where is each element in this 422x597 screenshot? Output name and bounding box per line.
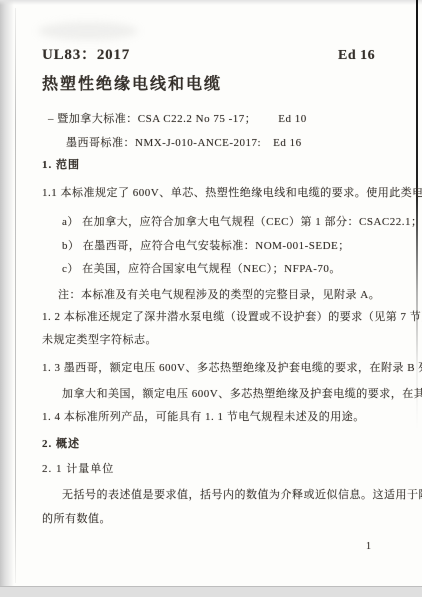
- list-item-b: b） 在墨西哥，应符合电气安装标准：NOM-001-SEDE；: [62, 239, 350, 253]
- section-2-1-heading: 2. 1 计量单位: [42, 462, 114, 476]
- scan-edge-left: [0, 0, 14, 597]
- scan-smudge: [38, 22, 138, 40]
- note-line: 注：本标准及有关电气规程涉及的类型的完整目录，见附录 A。: [58, 288, 380, 302]
- scan-edge-top: [0, 0, 422, 5]
- mexico-standard-text: 墨西哥标准：NMX-J-010-ANCE-2017:: [66, 137, 261, 149]
- section-2-heading: 2. 概述: [42, 437, 80, 451]
- paragraph-2-1-line-2: 的所有数值。: [42, 512, 111, 526]
- scanned-document-page: UL83：2017 Ed 16 热塑性绝缘电线和电缆 – 暨加拿大标准：CSA …: [0, 0, 422, 597]
- scan-edge-bottom: [0, 586, 422, 597]
- paragraph-1-1: 1.1 本标准规定了 600V、单芯、热塑性绝缘电线和电缆的要求。使用此类电线电…: [42, 186, 422, 200]
- edition-label: Ed 16: [338, 49, 375, 63]
- list-item-c: c） 在美国，应符合国家电气规程（NEC）；NFPA-70。: [62, 262, 341, 276]
- paragraph-1-2-line-1: 1. 2 本标准还规定了深井潜水泵电缆（设置或不设护套）的要求（见第 7 节）。…: [42, 310, 422, 324]
- canada-standard-line: – 暨加拿大标准：CSA C22.2 No 75 -17；Ed 10: [48, 112, 307, 126]
- standard-code: UL83：2017: [42, 48, 130, 62]
- mexico-standard-line: 墨西哥标准：NMX-J-010-ANCE-2017:Ed 16: [66, 136, 302, 150]
- canada-standard-text: – 暨加拿大标准：CSA C22.2 No 75 -17；: [48, 113, 256, 125]
- mexico-edition: Ed 16: [273, 137, 301, 149]
- paragraph-1-2-line-2: 未规定类型字符标志。: [42, 333, 157, 347]
- paragraph-2-1-line-1: 无括号的表述值是要求值，括号内的数值为介释或近似信息。这适用于除导体规格外: [62, 488, 422, 502]
- paragraph-1-3-line-1: 1. 3 墨西哥，额定电压 600V、多芯热塑绝缘及护套电缆的要求，在附录 B …: [42, 361, 422, 375]
- paragraph-1-4: 1. 4 本标准所列产品，可能具有 1. 1 节电气规程未述及的用途。: [42, 410, 365, 424]
- scan-crease-line: [15, 8, 16, 583]
- canada-edition: Ed 10: [278, 113, 306, 125]
- paragraph-1-3-line-2: 加拿大和美国，额定电压 600V、多芯热塑绝缘及护套电缆的要求，在其他标准列出。: [62, 387, 422, 401]
- page-number: 1: [366, 540, 372, 554]
- document-title: 热塑性绝缘电线和电缆: [42, 78, 222, 92]
- list-item-a: a） 在加拿大，应符合加拿大电气规程（CEC）第 1 部分：CSAC22.1；: [62, 215, 422, 229]
- section-1-heading: 1. 范围: [42, 158, 80, 172]
